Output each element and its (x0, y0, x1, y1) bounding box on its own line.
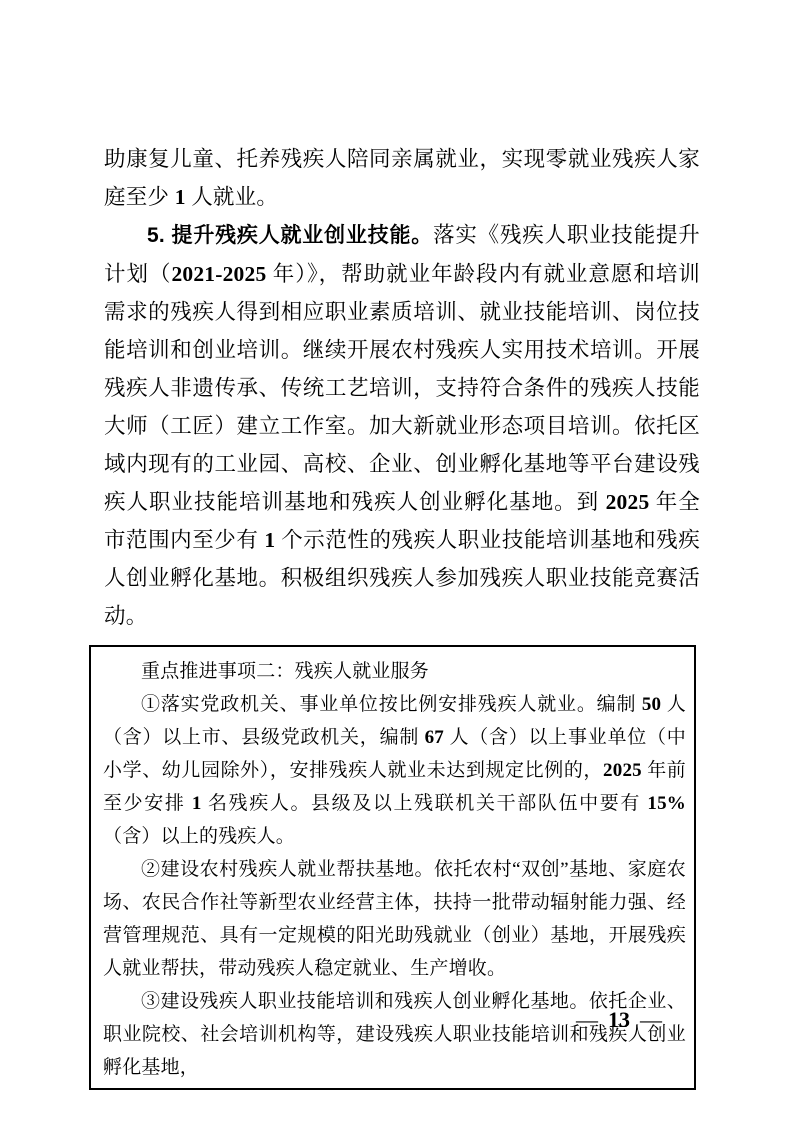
box-text: ③建设残疾人职业技能培训和残疾人创业孵化基地。依托企业、职业院校、社会培训机构等… (103, 991, 686, 1078)
box-number: 67 (425, 727, 444, 748)
box-text: ①落实党政机关、事业单位按比例安排残疾人就业。编制 (141, 694, 642, 715)
box-text: ②建设农村残疾人就业帮扶基地。依托农村“双创”基地、家庭农场、农民合作社等新型农… (103, 859, 686, 979)
document-page: 助康复儿童、托养残疾人陪同亲属就业，实现零就业残疾人家庭至少 1 人就业。 5.… (0, 0, 793, 1122)
document-body: 助康复儿童、托养残疾人陪同亲属就业，实现零就业残疾人家庭至少 1 人就业。 5.… (104, 140, 700, 1090)
box-item-3: ③建设残疾人职业技能培训和残疾人创业孵化基地。依托企业、职业院校、社会培训机构等… (103, 985, 686, 1084)
page-number: 13 (608, 1007, 630, 1032)
box-item-2: ②建设农村残疾人就业帮扶基地。依托农村“双创”基地、家庭农场、农民合作社等新型农… (103, 853, 686, 985)
body-number: 2021-2025 (171, 262, 266, 286)
page-footer: —13— (576, 1007, 662, 1033)
body-text: 年）》，帮助就业年龄段内有就业意愿和培训需求的残疾人得到相应职业素质培训、就业技… (104, 262, 700, 514)
footer-dash-left: — (576, 1007, 598, 1032)
body-text: 人就业。 (186, 185, 278, 209)
box-number: 2025 (603, 760, 642, 781)
box-text: 名残疾人。县级及以上残联机关干部队伍中要有 (202, 793, 648, 814)
paragraph-item-5: 5. 提升残疾人就业创业技能。落实《残疾人职业技能提升计划（2021-2025 … (104, 216, 700, 635)
paragraph-continuation: 助康复儿童、托养残疾人陪同亲属就业，实现零就业残疾人家庭至少 1 人就业。 (104, 140, 700, 216)
inline-heading: 5. 提升残疾人就业创业技能。 (147, 224, 433, 247)
box-item-1: ①落实党政机关、事业单位按比例安排残疾人就业。编制 50 人（含）以上市、县级党… (103, 688, 686, 853)
body-number: 1 (175, 185, 186, 209)
body-number: 2025 (606, 490, 650, 514)
footer-dash-right: — (640, 1007, 662, 1032)
box-text: （含）以上的残疾人。 (103, 826, 295, 847)
box-title: 重点推进事项二：残疾人就业服务 (103, 655, 686, 688)
body-number: 1 (264, 528, 275, 552)
box-number: 50 (642, 694, 661, 715)
box-number: 1 (192, 793, 202, 814)
box-number: 15% (647, 793, 686, 814)
